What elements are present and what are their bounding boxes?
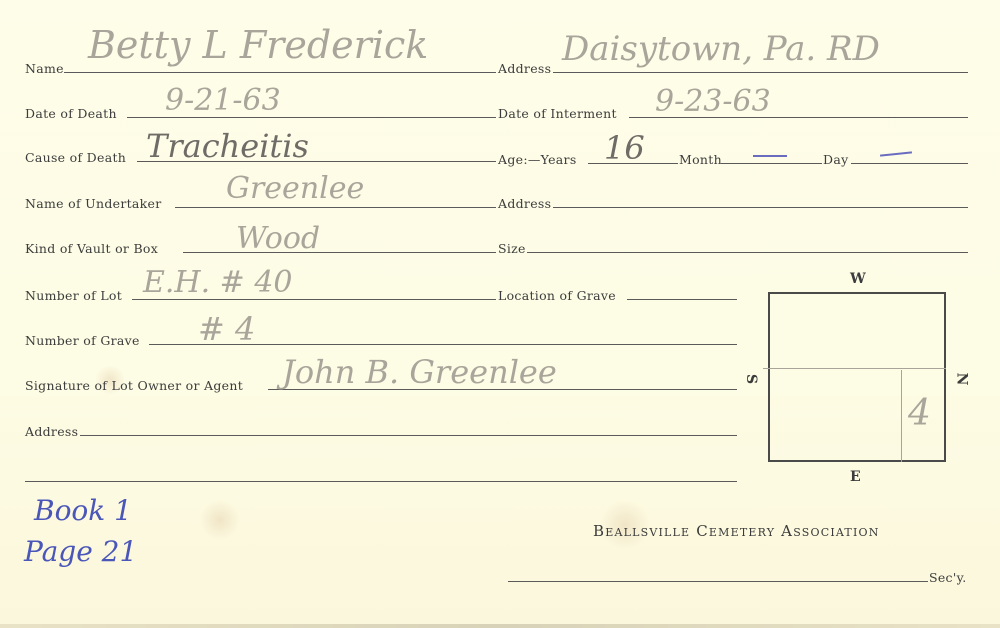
- name-line: [64, 72, 496, 73]
- undertaker-line: [175, 207, 496, 208]
- date-of-death-value: 9-21-63: [165, 86, 281, 116]
- date-of-interment-value: 9-23-63: [655, 87, 771, 117]
- owner-address-line: [80, 435, 737, 436]
- location-of-grave-label: Location of Grave: [498, 290, 616, 303]
- address-label: Address: [498, 63, 551, 76]
- undertaker-address-label: Address: [498, 198, 551, 211]
- size-line: [527, 252, 968, 253]
- age-years-label: Age:—Years: [498, 154, 577, 167]
- date-of-interment-label: Date of Interment: [498, 108, 617, 121]
- grave-number-label: Number of Grave: [25, 335, 140, 348]
- secretary-line: [508, 581, 928, 582]
- book-annotation: Book 1: [34, 497, 132, 525]
- age-day-label: Day: [823, 154, 848, 167]
- undertaker-label: Name of Undertaker: [25, 198, 162, 211]
- plot-divider-horizontal: [763, 368, 946, 369]
- age-day-line: [851, 163, 968, 164]
- vault-value: Wood: [236, 224, 320, 254]
- lot-number-label: Number of Lot: [25, 290, 122, 303]
- date-of-death-label: Date of Death: [25, 108, 117, 121]
- age-month-line: [721, 163, 822, 164]
- vault-line: [183, 252, 496, 253]
- compass-east: E: [850, 470, 861, 484]
- blank-line: [25, 481, 737, 482]
- burial-record-card: Name Betty L Frederick Address Daisytown…: [0, 0, 1000, 628]
- undertaker-address-line: [553, 207, 968, 208]
- grave-plot-diagram: [768, 292, 946, 462]
- page-annotation: Page 21: [24, 538, 137, 566]
- secretary-label: Sec'y.: [929, 572, 967, 585]
- signature-label: Signature of Lot Owner or Agent: [25, 380, 243, 393]
- size-label: Size: [498, 243, 526, 256]
- signature-value: John B. Greenlee: [282, 356, 557, 388]
- plot-divider-vertical: [901, 370, 902, 462]
- vault-label: Kind of Vault or Box: [25, 243, 158, 256]
- address-line: [553, 72, 968, 73]
- cause-of-death-label: Cause of Death: [25, 152, 126, 165]
- address-value: Daisytown, Pa. RD: [562, 32, 880, 66]
- lot-number-value: E.H. # 40: [143, 268, 293, 298]
- name-value: Betty L Frederick: [88, 26, 428, 64]
- compass-west: W: [850, 272, 866, 286]
- age-month-label: Month: [679, 154, 722, 167]
- undertaker-value: Greenlee: [226, 174, 364, 204]
- compass-south: S: [744, 374, 758, 384]
- location-of-grave-line: [627, 299, 737, 300]
- age-years-value: 16: [604, 132, 645, 164]
- name-label: Name: [25, 63, 64, 76]
- cause-of-death-value: Tracheitis: [146, 130, 309, 162]
- organization-name: Beallsville Cemetery Association: [593, 522, 880, 540]
- compass-north: N: [954, 373, 968, 386]
- age-day-value: [880, 151, 912, 156]
- grave-number-value: # 4: [198, 313, 255, 345]
- plot-number: 4: [908, 396, 931, 432]
- owner-address-label: Address: [25, 426, 78, 439]
- age-month-value: [753, 155, 787, 157]
- paper-stain: [200, 500, 240, 540]
